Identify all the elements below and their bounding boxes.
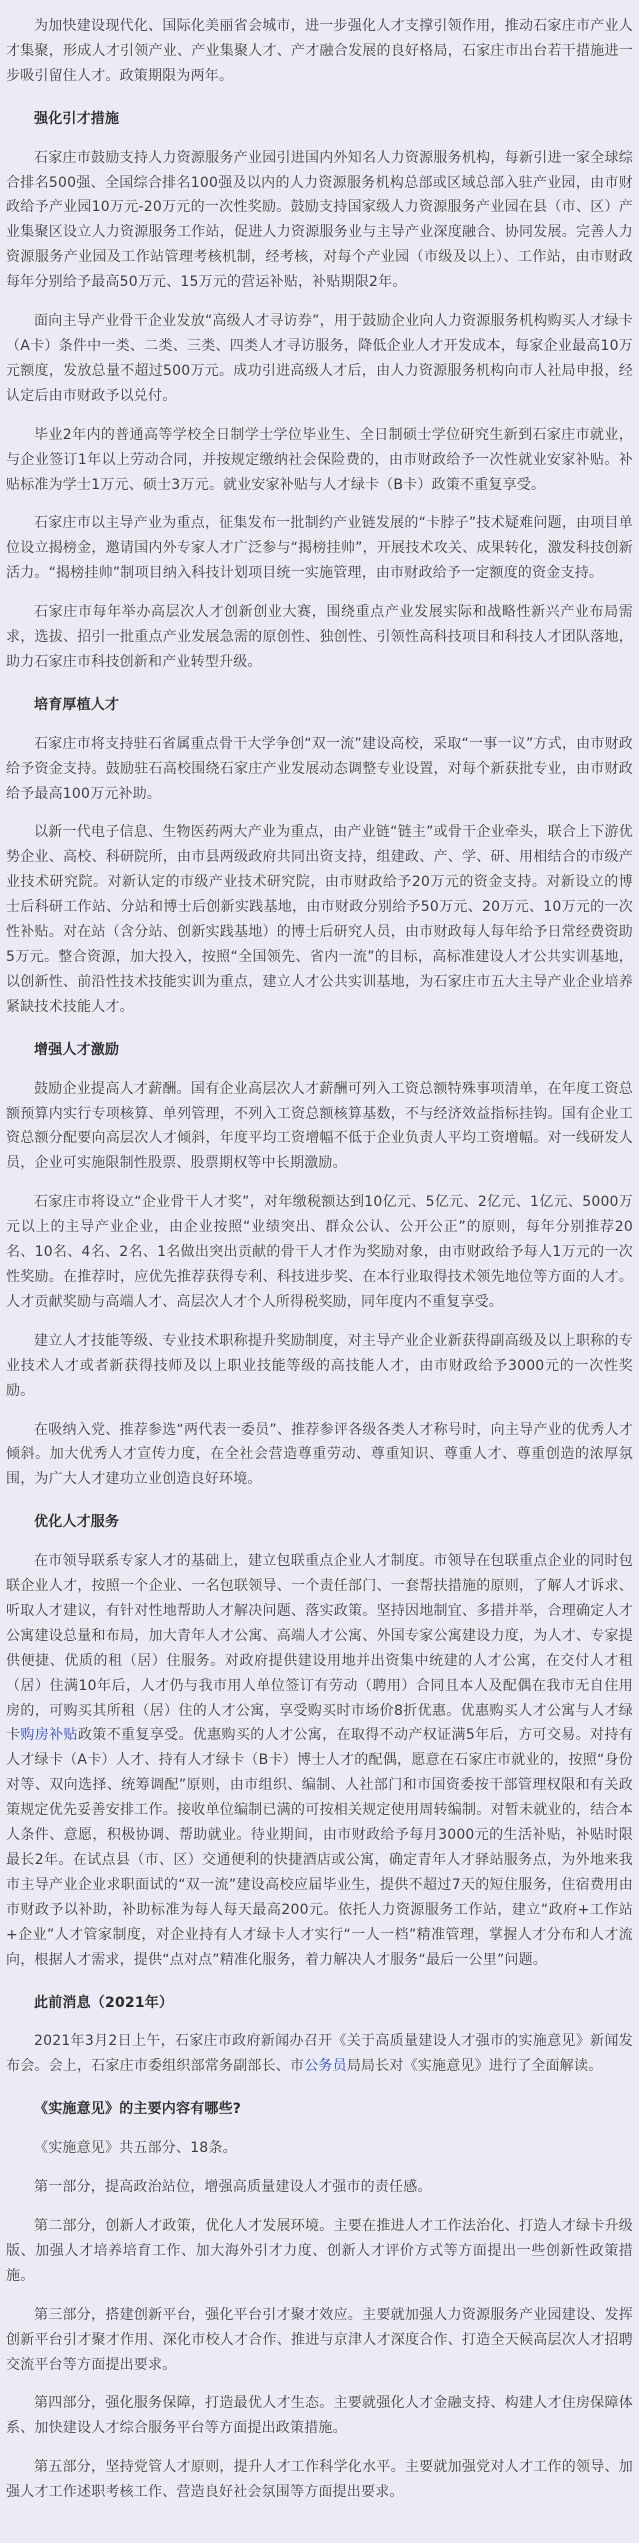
body-paragraph: 《实施意见》共五部分、18条。 (6, 2136, 633, 2161)
text-segment: 《实施意见》的主要内容有哪些? (34, 2101, 241, 2117)
section-heading: 优化人才服务 (6, 1510, 633, 1535)
section-heading: 培育厚植人才 (6, 693, 633, 718)
body-paragraph: 第三部分，搭建创新平台，强化平台引才聚才效应。主要就加强人力资源服务产业园建设、… (6, 2303, 633, 2378)
body-paragraph: 第五部分，坚持党管人才原则，提升人才工作科学化水平。主要就加强党对人才工作的领导… (6, 2455, 633, 2505)
body-paragraph: 鼓励企业提高人才薪酬。国有企业高层次人才薪酬可列入工资总额特殊事项清单，在年度工… (6, 1077, 633, 1177)
body-paragraph: 在吸纳入党、推荐参选“两代表一委员”、推荐参评各级各类人才称号时，向主导产业的优… (6, 1418, 633, 1493)
body-paragraph: 第四部分，强化服务保障，打造最优人才生态。主要就强化人才金融支持、构建人才住房保… (6, 2391, 633, 2441)
text-segment: 以新一代电子信息、生物医药两大产业为重点，由产业链“链主”或骨干企业牵头，联合上… (6, 824, 633, 1014)
body-paragraph: 2021年3月2日上午，石家庄市政府新闻办召开《关于高质量建设人才强市的实施意见… (6, 2029, 633, 2079)
text-segment: 为加快建设现代化、国际化美丽省会城市，进一步强化人才支撑引领作用，推动石家庄市产… (6, 18, 633, 84)
body-paragraph: 面向主导产业骨干企业发放“高级人才寻访券”，用于鼓励企业向人力资源服务机构购买人… (6, 309, 633, 409)
body-paragraph: 为加快建设现代化、国际化美丽省会城市，进一步强化人才支撑引领作用，推动石家庄市产… (6, 14, 633, 89)
text-segment: 石家庄市每年举办高层次人才创新创业大赛，围绕重点产业发展实际和战略性新兴产业布局… (6, 604, 633, 670)
body-paragraph: 石家庄市以主导产业为重点，征集发布一批制约产业链发展的“卡脖子”技术疑难问题，由… (6, 511, 633, 586)
text-segment: 《实施意见》共五部分、18条。 (34, 2140, 237, 2156)
text-segment: 毕业2年内的普通高等学校全日制学士学位毕业生、全日制硕士学位研究生新到石家庄市就… (6, 427, 633, 493)
section-heading: 增强人才激励 (6, 1038, 633, 1063)
text-segment: 局局长对《实施意见》进行了全面解读。 (347, 2058, 603, 2074)
text-segment: 政策不重复享受。优惠购买的人才公寓，在取得不动产权证满5年后，方可交易。对持有人… (6, 1727, 633, 1967)
body-paragraph: 石家庄市鼓励支持人力资源服务产业园引进国内外知名人力资源服务机构，每新引进一家全… (6, 146, 633, 295)
body-paragraph: 第二部分，创新人才政策，优化人才发展环境。主要在推进人才工作法治化、打造人才绿卡… (6, 2214, 633, 2289)
text-segment: 第四部分，强化服务保障，打造最优人才生态。主要就强化人才金融支持、构建人才住房保… (6, 2395, 633, 2436)
section-heading: 此前消息（2021年） (6, 1991, 633, 2016)
text-segment: 石家庄市以主导产业为重点，征集发布一批制约产业链发展的“卡脖子”技术疑难问题，由… (6, 515, 633, 581)
body-paragraph: 以新一代电子信息、生物医药两大产业为重点，由产业链“链主”或骨干企业牵头，联合上… (6, 820, 633, 1019)
text-segment: 第三部分，搭建创新平台，强化平台引才聚才效应。主要就加强人力资源服务产业园建设、… (6, 2307, 633, 2373)
body-paragraph: 第一部分，提高政治站位，增强高质量建设人才强市的责任感。 (6, 2175, 633, 2200)
text-segment: 第一部分，提高政治站位，增强高质量建设人才强市的责任感。 (34, 2179, 432, 2195)
text-segment: 面向主导产业骨干企业发放“高级人才寻访券”，用于鼓励企业向人力资源服务机构购买人… (6, 313, 633, 404)
text-segment: 在市领导联系专家人才的基础上，建立包联重点企业人才制度。市领导在包联重点企业的同… (6, 1553, 633, 1743)
text-segment: 石家庄市鼓励支持人力资源服务产业园引进国内外知名人力资源服务机构，每新引进一家全… (6, 150, 633, 291)
section-heading: 强化引才措施 (6, 107, 633, 132)
body-paragraph: 石家庄市将支持驻石省属重点骨干大学争创“双一流”建设高校，采取“一事一议”方式，… (6, 732, 633, 807)
body-paragraph: 石家庄市每年举办高层次人才创新创业大赛，围绕重点产业发展实际和战略性新兴产业布局… (6, 600, 633, 675)
text-segment: 强化引才措施 (34, 111, 119, 127)
text-segment: 建立人才技能等级、专业技术职称提升奖励制度，对主导产业企业新获得副高级及以上职称… (6, 1333, 633, 1399)
body-paragraph: 在市领导联系专家人才的基础上，建立包联重点企业人才制度。市领导在包联重点企业的同… (6, 1549, 633, 1972)
text-segment: 此前消息（2021年） (34, 1995, 173, 2011)
body-paragraph: 毕业2年内的普通高等学校全日制学士学位毕业生、全日制硕士学位研究生新到石家庄市就… (6, 423, 633, 498)
text-segment: 石家庄市将设立“企业骨干人才奖”，对年缴税额达到10亿元、5亿元、2亿元、1亿元… (6, 1194, 633, 1310)
inline-link[interactable]: 公务员 (304, 2058, 347, 2074)
text-segment: 在吸纳入党、推荐参选“两代表一委员”、推荐参评各级各类人才称号时，向主导产业的优… (6, 1422, 633, 1488)
section-heading: 《实施意见》的主要内容有哪些? (6, 2097, 633, 2122)
body-paragraph: 建立人才技能等级、专业技术职称提升奖励制度，对主导产业企业新获得副高级及以上职称… (6, 1329, 633, 1404)
body-paragraph: 石家庄市将设立“企业骨干人才奖”，对年缴税额达到10亿元、5亿元、2亿元、1亿元… (6, 1190, 633, 1315)
text-segment: 优化人才服务 (34, 1514, 119, 1530)
text-segment: 第二部分，创新人才政策，优化人才发展环境。主要在推进人才工作法治化、打造人才绿卡… (6, 2218, 633, 2284)
text-segment: 增强人才激励 (34, 1042, 119, 1058)
document-blocks: 为加快建设现代化、国际化美丽省会城市，进一步强化人才支撑引领作用，推动石家庄市产… (6, 14, 633, 2505)
text-segment: 鼓励企业提高人才薪酬。国有企业高层次人才薪酬可列入工资总额特殊事项清单，在年度工… (6, 1081, 633, 1172)
text-segment: 石家庄市将支持驻石省属重点骨干大学争创“双一流”建设高校，采取“一事一议”方式，… (6, 736, 633, 802)
policy-article: 为加快建设现代化、国际化美丽省会城市，进一步强化人才支撑引领作用，推动石家庄市产… (0, 0, 639, 2543)
text-segment: 培育厚植人才 (34, 697, 119, 713)
text-segment: 第五部分，坚持党管人才原则，提升人才工作科学化水平。主要就加强党对人才工作的领导… (6, 2459, 633, 2500)
inline-link[interactable]: 购房补贴 (20, 1727, 77, 1743)
